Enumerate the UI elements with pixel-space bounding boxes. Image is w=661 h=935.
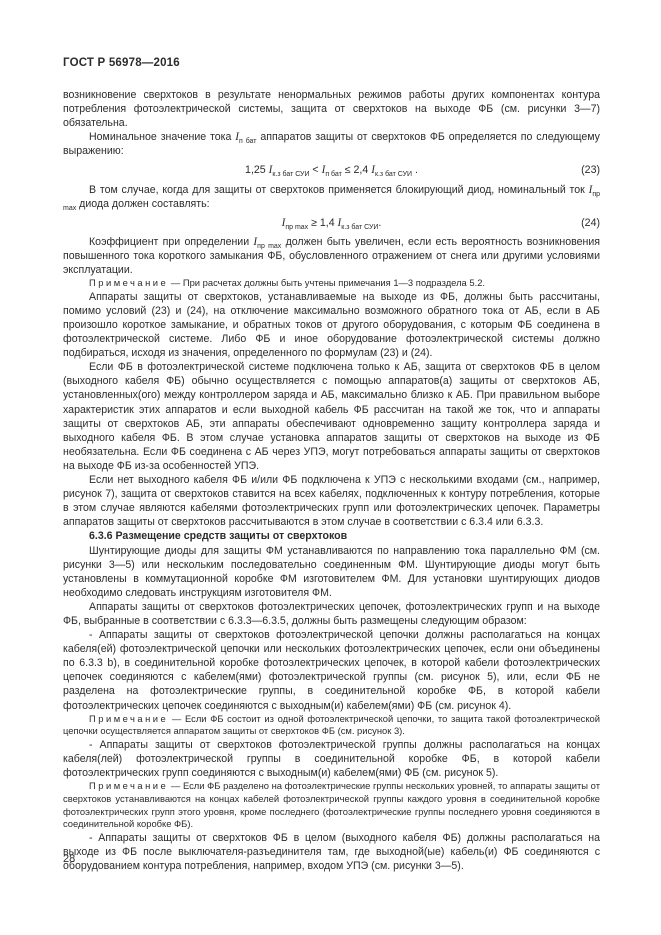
section-heading: 6.3.6 Размещение средств защиты от сверх… (63, 529, 600, 543)
running-header: ГОСТ Р 56978—2016 (63, 57, 180, 69)
formula: Iпр max ≥ 1,4 Iк.з бат СУИ.(24) (63, 216, 600, 230)
formula: 1,25 Iк.з бат СУИ < Iп бат ≤ 2,4 Iк.з ба… (63, 163, 600, 177)
note: Примечание — Если ФБ разделено на фотоэл… (63, 780, 600, 831)
math-subscript: пр max (257, 243, 281, 250)
formula-number: (24) (581, 216, 600, 230)
formula-expression: 1,25 Iк.з бат СУИ < Iп бат ≤ 2,4 Iк.з ба… (245, 164, 418, 176)
note-label: Примечание (89, 713, 168, 724)
formula-expression: Iпр max ≥ 1,4 Iк.з бат СУИ. (282, 217, 382, 229)
math-subscript: к.з бат СУИ (341, 224, 378, 231)
paragraph: Если нет выходного кабеля ФБ и/или ФБ по… (63, 473, 600, 529)
math-subscript: к.з бат СУИ (272, 172, 309, 179)
math-subscript: пр max (63, 191, 600, 212)
note: Примечание — Если ФБ состоит из одной фо… (63, 713, 600, 738)
math-subscript: к.з бат СУИ (375, 172, 412, 179)
paragraph: Аппараты защиты от сверхтоков, устанавли… (63, 290, 600, 360)
paragraph: Коэффициент при определении Iпр max долж… (63, 235, 600, 277)
note-label: Примечание (89, 277, 168, 288)
math-subscript: п бат (325, 172, 342, 179)
paragraph: Аппараты защиты от сверхтоков фотоэлектр… (63, 600, 600, 628)
formula-number: (23) (581, 163, 600, 177)
math-subscript: пр max (285, 224, 308, 231)
paragraph: - Аппараты защиты от сверхтоков ФБ в цел… (63, 831, 600, 873)
paragraph: Номинальное значение тока Iп бат аппарат… (63, 130, 600, 158)
document-body: возникновение сверхтоков в результате не… (63, 88, 600, 873)
paragraph: В том случае, когда для защиты от сверхт… (63, 183, 600, 211)
math-subscript: п бат (239, 138, 256, 145)
page-number: 28 (63, 853, 75, 865)
paragraph: - Аппараты защиты от сверхтоков фотоэлек… (63, 628, 600, 713)
paragraph: Шунтирующие диоды для защиты ФМ устанавл… (63, 544, 600, 600)
paragraph: - Аппараты защиты от сверхтоков фотоэлек… (63, 738, 600, 780)
paragraph: возникновение сверхтоков в результате не… (63, 88, 600, 130)
paragraph: Если ФБ в фотоэлектрической системе подк… (63, 360, 600, 473)
note: Примечание — При расчетах должны быть уч… (63, 277, 600, 290)
note-label: Примечание (89, 780, 168, 791)
document-page: ГОСТ Р 56978—2016 возникновение сверхток… (0, 0, 661, 935)
